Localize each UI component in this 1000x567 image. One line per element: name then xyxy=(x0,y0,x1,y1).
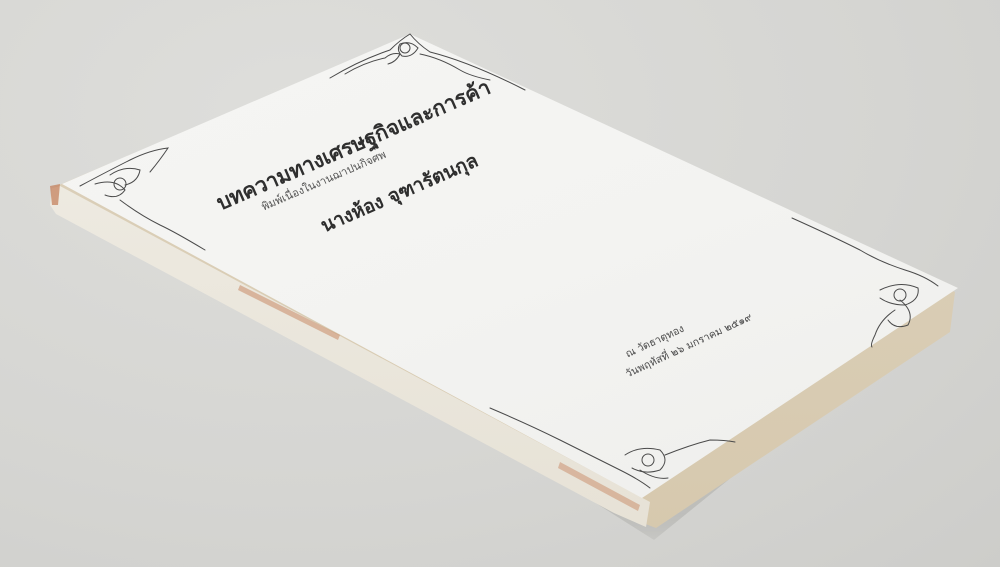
thai-kanok-right-ornament-icon xyxy=(792,218,938,347)
photo-scene: บทความทางเศรษฐกิจและการค้า พิมพ์เนื่องใน… xyxy=(0,0,1000,567)
ornament-layer xyxy=(0,0,1000,567)
thai-kanok-top-ornament-icon xyxy=(330,34,525,90)
thai-kanok-left-ornament-icon xyxy=(80,148,205,250)
thai-kanok-bottom-ornament-icon xyxy=(490,408,735,488)
